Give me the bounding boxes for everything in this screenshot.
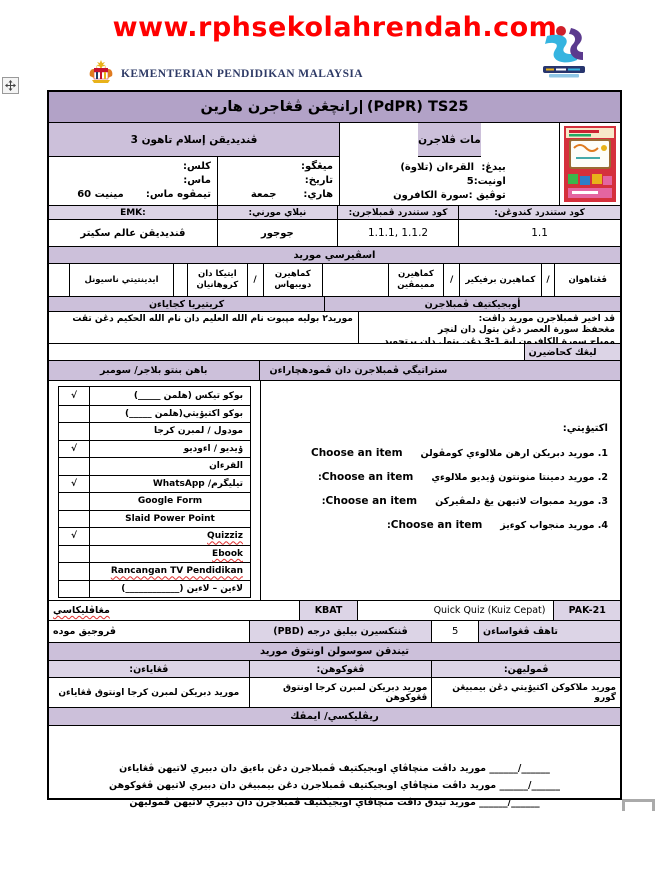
aspirasi-mark-berfikir[interactable]: /: [443, 264, 459, 296]
subject-info-block: ڤنديديقن إسلام تاهون 3 كلس: ماس: تيمڤوه …: [49, 122, 620, 205]
bbm-label-5: تيليگرم/ WhatsApp: [90, 476, 250, 493]
subject-header: مات ڤلاجرن: [418, 123, 481, 157]
aktiviti-item-2: 2. موريد دمينتا منونتون ۏيديو ملالوءيCho…: [267, 471, 608, 483]
kelas-fields: كلس: ماس: تيمڤوه ماس:مينيت 60: [49, 157, 218, 205]
textbook-cover-image: [559, 123, 620, 205]
aspirasi-label-pengetahuan: ڤڠتاهوان: [554, 264, 620, 296]
kod-standard-pembelajaran-value: 1.1.1, 1.1.2: [337, 220, 458, 246]
hari-value: جمعة: [224, 189, 303, 200]
minggu-label: ميڠگو:: [301, 161, 333, 172]
tahap-penguasaan-label: تاهڤ ڤڠواساءن: [478, 621, 620, 642]
bbm-label-1: بوكو اكتيۏيتي(هلمن _____): [90, 406, 250, 423]
bidang-label: بيدڠ:: [481, 162, 505, 173]
bbm-row[interactable]: مودول / لمبرن كرجا: [59, 422, 250, 440]
bbm-check-11[interactable]: [59, 581, 90, 598]
strategi-header-row: باهن بنتو بلاجر/ سومبر ستراتيگي ڤمبلاجرن…: [49, 360, 620, 380]
bbm-check-1[interactable]: [59, 406, 90, 423]
table-move-handle[interactable]: [2, 77, 19, 94]
bbm-check-6[interactable]: [59, 493, 90, 510]
bbm-checklist-table: √بوكو تيكس (هلمن _____) بوكو اكتيۏيتي(هل…: [58, 386, 251, 598]
aspirasi-label-etika-kerohanian: ايتيكا دان كروهانيان: [187, 264, 247, 296]
refleksi-line-3: ______/______ موريد تيدق داڤت منچاڤاي او…: [49, 794, 620, 811]
kod-header-row: EMK: نيلاي مورني: كود ستندرد ڤمبلاجرن: ك…: [49, 205, 620, 219]
kehadiran-row: ليڠك كحاضيرن: [49, 343, 620, 360]
bbm-row[interactable]: √بوكو تيكس (هلمن _____): [59, 387, 250, 405]
text-cursor: [360, 100, 362, 114]
bbm-label-11: لاءين – لاءين (____________): [90, 581, 250, 598]
bbm-label-4: القرءان: [90, 458, 250, 475]
pengayaan-value: موريد دبريكن لمبرن كرجا اونتوق ڤڠاياءن: [49, 678, 249, 707]
tindakan-susulan-header: تيندقن سوسولن اونتوق موريد: [49, 642, 620, 660]
bbm-check-9[interactable]: [59, 546, 90, 563]
kod-value-row: ڤنديديقن عالم سكيتر جوجور 1.1.1, 1.1.2 1…: [49, 219, 620, 246]
objektif-pembelajaran-value: ڤد اخير ڤمبلاجرن موريد داڤت:مڠحفظ سورة ا…: [358, 312, 620, 343]
refleksi-lines: ______/______ موريد داڤت منچاڤاي اوبجيكت…: [49, 726, 620, 798]
refleksi-line-2: ______/______ موريد داڤت منچاڤاي اوبجيكت…: [49, 777, 620, 794]
aspirasi-mark-etika[interactable]: [173, 264, 187, 296]
kbat-pak21-row: مڠاڤليكاسي KBAT Quick Quiz (Kuiz Cepat) …: [49, 600, 620, 620]
tindakan-values-row: موريد دبريكن لمبرن كرجا اونتوق ڤڠاياءن م…: [49, 677, 620, 707]
bbm-check-2[interactable]: [59, 423, 90, 440]
ministry-header: KEMENTERIAN PENDIDIKAN MALAYSIA: [88, 60, 363, 88]
choose-an-item-dropdown[interactable]: Choose an item: [326, 495, 418, 507]
topik-label: توڤيق :: [469, 190, 506, 201]
pengukuhan-value: موريد دبريكن لمبرن كرجا اونتوق ڤڠوكوهن: [249, 678, 432, 707]
bbm-row[interactable]: √تيليگرم/ WhatsApp: [59, 475, 250, 493]
aspirasi-murid-header: اسڤيرسي موريد: [49, 246, 620, 263]
aspirasi-murid-row: ايدينتيتي ناسيونل ايتيكا دان كروهانيان /…: [49, 263, 620, 296]
emk-label: EMK:: [49, 206, 217, 219]
kod-standard-kandungan-value: 1.1: [458, 220, 620, 246]
aktiviti-cell: اكتيۏيتي: 1. موريد دبريكن ارهن ملالوءي ك…: [260, 381, 620, 600]
bbm-check-7[interactable]: [59, 511, 90, 528]
kbat-value: مڠاڤليكاسي: [49, 601, 299, 620]
bbm-row[interactable]: Ebook: [59, 545, 250, 563]
bbm-row[interactable]: Slaid Power Point: [59, 510, 250, 528]
pemulihan-value: موريد ملاكوكن اكتيۏيتي دڠن بيمبيڠن گورو: [431, 678, 620, 707]
aktiviti-label: اكتيۏيتي:: [267, 423, 608, 434]
bbm-check-3[interactable]: √: [59, 441, 90, 458]
objektif-pembelajaran-header: أوبجيكتيف ڤمبلاجرن: [324, 297, 620, 311]
bahan-bantu-header: باهن بنتو بلاجر/ سومبر: [49, 361, 259, 380]
pengayaan-label: ڤڠاياءن:: [49, 661, 249, 677]
topik-value: سورة الكافرون: [393, 190, 469, 201]
pemulihan-label: ڤموليهن:: [431, 661, 620, 677]
kehadiran-value[interactable]: [49, 344, 524, 360]
hari-label: هاري:: [303, 189, 333, 200]
aspirasi-mark-identiti[interactable]: [49, 264, 69, 296]
tarikh-label: تاريخ:: [305, 175, 333, 186]
bbm-check-4[interactable]: [59, 458, 90, 475]
bbm-label-7: Slaid Power Point: [90, 511, 250, 528]
bbm-label-2: مودول / لمبرن كرجا: [90, 423, 250, 440]
class-title: ڤنديديقن إسلام تاهون 3: [49, 123, 339, 157]
document-title: رانچڠن ڤڠاجرن هارين(PdPR) TS25: [201, 99, 469, 115]
bbm-row[interactable]: لاءين – لاءين (____________): [59, 580, 250, 598]
pbd-label: ڤنتكسيرن بيليق درجه (PBD): [249, 621, 432, 642]
bahan-bantu-cell: √بوكو تيكس (هلمن _____) بوكو اكتيۏيتي(هل…: [49, 381, 260, 600]
pak21-label: PAK-21: [553, 601, 620, 620]
unit-label: اونيت:: [474, 176, 506, 187]
unit-value: 5: [467, 176, 474, 187]
document-title-bar: رانچڠن ڤڠاجرن هارين(PdPR) TS25: [49, 92, 620, 122]
nilai-murni-label: نيلاي مورني:: [217, 206, 337, 219]
emk-value: ڤنديديقن عالم سكيتر: [49, 220, 217, 246]
aspirasi-mark-dwibahasa[interactable]: /: [247, 264, 263, 296]
pengukuhan-label: ڤڠوكوهن:: [249, 661, 432, 677]
bbm-label-10: Rancangan TV Pendidikan: [111, 566, 243, 576]
bbm-row[interactable]: بوكو اكتيۏيتي(هلمن _____): [59, 405, 250, 423]
aspirasi-mark-memimpin[interactable]: [322, 264, 388, 296]
refleksi-header: ريڤليكسي/ ايمڤك: [49, 707, 620, 725]
strategi-header: ستراتيگي ڤمبلاجرن دان ڤمودهچاراءن: [259, 361, 621, 380]
nilai-murni-value: جوجور: [217, 220, 337, 246]
kbat-label: KBAT: [299, 601, 357, 620]
tempoh-label: تيمڤوه ماس:: [146, 189, 211, 200]
bbm-label-0: بوكو تيكس (هلمن _____): [90, 387, 250, 405]
bbm-check-5[interactable]: √: [59, 476, 90, 493]
aktiviti-item-3: 3. موريد ممبوات لاتيهن يڠ دلمڤيركنChoose…: [267, 495, 608, 507]
pbd-tahap-row: ڤروجيق موده ڤنتكسيرن بيليق درجه (PBD) 5 …: [49, 620, 620, 642]
bbm-row[interactable]: √Quizziz: [59, 527, 250, 545]
kriteria-kejayaan-header: كريتيريا كجاياءن: [49, 297, 324, 311]
objektif-kriteria-header-row: كريتيريا كجاياءن أوبجيكتيف ڤمبلاجرن: [49, 296, 620, 311]
masa-label: ماس:: [183, 175, 211, 186]
table-resize-handle[interactable]: [622, 799, 655, 811]
link-kehadiran-label: ليڠك كحاضيرن: [524, 344, 620, 360]
malaysia-coat-of-arms-icon: [88, 60, 114, 88]
aktiviti-item-4: 4. موريد منجواب كوءيزChoose an item:: [267, 519, 608, 531]
tarikh-fields: ميڠگو: تاريخ: هاري:جمعة: [218, 157, 339, 205]
refleksi-content: ______/______ موريد داڤت منچاڤاي اوبجيكت…: [49, 725, 620, 798]
kriteria-kejayaan-value: موريد٢ بوليه مڽبوت نام الله العليم دان ن…: [49, 312, 358, 343]
ts25-logo-icon: [541, 22, 587, 80]
choose-an-item-dropdown[interactable]: Choose an item: [391, 519, 483, 531]
class-column: ڤنديديقن إسلام تاهون 3 كلس: ماس: تيمڤوه …: [49, 123, 339, 205]
bbm-label-9: Ebook: [212, 549, 243, 559]
strategi-content-row: √بوكو تيكس (هلمن _____) بوكو اكتيۏيتي(هل…: [49, 380, 620, 600]
subject-column: مات ڤلاجرن بيدڠ:القرءان (تلاوة) اونيت:5 …: [339, 123, 559, 205]
tempoh-value: مينيت 60: [55, 189, 146, 200]
choose-an-item-dropdown[interactable]: Choose an item: [311, 447, 403, 459]
kelas-label: كلس:: [183, 161, 211, 172]
bbm-check-10[interactable]: [59, 563, 90, 580]
kod-standard-pembelajaran-label: كود ستندرد ڤمبلاجرن:: [337, 206, 458, 219]
bbm-row[interactable]: القرءان: [59, 457, 250, 475]
aspirasi-label-identiti-nasional: ايدينتيتي ناسيونل: [69, 264, 173, 296]
lesson-plan-table: رانچڠن ڤڠاجرن هارين(PdPR) TS25 ڤنديديقن …: [47, 90, 622, 800]
refleksi-line-1: ______/______ موريد داڤت منچاڤاي اوبجيكت…: [49, 760, 620, 777]
tahap-value: 5: [431, 621, 478, 642]
bbm-label-3: ۏيديو / اءوديو: [90, 441, 250, 458]
bbm-row[interactable]: √ۏيديو / اءوديو: [59, 440, 250, 458]
choose-an-item-dropdown[interactable]: Choose an item: [322, 471, 414, 483]
pbd-value: ڤروجيق موده: [49, 621, 249, 642]
kod-standard-kandungan-label: كود ستندرد كندوڠن:: [458, 206, 620, 219]
bbm-check-0[interactable]: √: [59, 387, 90, 405]
tindakan-labels-row: ڤڠاياءن: ڤڠوكوهن: ڤموليهن:: [49, 660, 620, 677]
aspirasi-label-berfikir: كماهيرن برفيكير: [459, 264, 540, 296]
aktiviti-item-1: 1. موريد دبريكن ارهن ملالوءي كومڤولنChoo…: [267, 447, 608, 459]
aspirasi-label-memimpin: كماهيرن مميمڤين: [388, 264, 444, 296]
objektif-kriteria-value-row: موريد٢ بوليه مڽبوت نام الله العليم دان ن…: [49, 311, 620, 343]
bbm-label-8: Quizziz: [207, 531, 243, 541]
ministry-name: KEMENTERIAN PENDIDIKAN MALAYSIA: [121, 68, 363, 80]
bbm-check-8[interactable]: √: [59, 528, 90, 545]
bidang-value: القرءان (تلاوة): [393, 162, 481, 173]
bbm-label-6: Google Form: [90, 493, 250, 510]
pak21-value: Quick Quiz (Kuiz Cepat): [357, 601, 554, 620]
bbm-row[interactable]: Rancangan TV Pendidikan: [59, 562, 250, 580]
aspirasi-mark-pengetahuan[interactable]: /: [541, 264, 555, 296]
bbm-row[interactable]: Google Form: [59, 492, 250, 510]
aspirasi-label-dwibahasa: كماهيرن دويبهاس: [263, 264, 323, 296]
